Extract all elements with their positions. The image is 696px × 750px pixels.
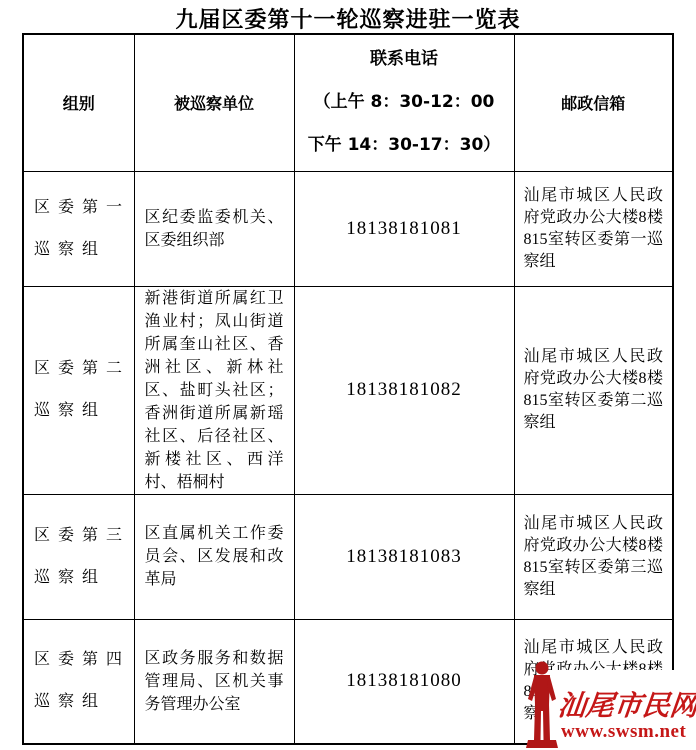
header-group: 组别: [23, 34, 134, 171]
row4-units-cell: 区政务服务和数据管理局、区机关事务管理办公室: [134, 619, 294, 744]
row2-units-cell: 新港街道所属红卫渔业村；凤山街道所属奎山社区、香洲社区、新林社区、盐町头社区；香…: [134, 286, 294, 494]
row2-group-line2: 巡察组: [34, 402, 106, 419]
row1-group-line2: 巡察组: [34, 241, 106, 258]
watermark-site-name: 汕尾市民网: [556, 684, 696, 724]
row1-phone-cell: 18138181081: [294, 171, 514, 286]
table-row: 区委第三 巡察组 区直属机关工作委员会、区发展和改革局 18138181083 …: [23, 494, 673, 619]
row3-units-cell: 区直属机关工作委员会、区发展和改革局: [134, 494, 294, 619]
watermark-url: www.swsm.net: [561, 721, 696, 743]
person-silhouette-icon: [523, 661, 561, 749]
table-row: 区委第二 巡察组 新港街道所属红卫渔业村；凤山街道所属奎山社区、香洲社区、新林社…: [23, 286, 673, 494]
inspection-table: 组别 被巡察单位 联系电话 （上午 8：30-12：00 下午 14：30-17…: [22, 33, 674, 745]
row1-units-cell: 区纪委监委机关、区委组织部: [134, 171, 294, 286]
header-phone-hours-am: （上午 8：30-12：00: [295, 81, 514, 124]
row1-group-line1: 区委第一: [34, 199, 130, 216]
header-unit: 被巡察单位: [134, 34, 294, 171]
row2-group-cell: 区委第二 巡察组: [23, 286, 134, 494]
row2-phone-cell: 18138181082: [294, 286, 514, 494]
header-phone: 联系电话 （上午 8：30-12：00 下午 14：30-17：30）: [294, 34, 514, 171]
row1-mailbox-cell: 汕尾市城区人民政府党政办公大楼8楼815室转区委第一巡察组: [514, 171, 673, 286]
row2-group-line1: 区委第二: [34, 360, 130, 377]
row2-mailbox-cell: 汕尾市城区人民政府党政办公大楼8楼815室转区委第二巡察组: [514, 286, 673, 494]
row3-group-line2: 巡察组: [34, 569, 106, 586]
page-title: 九届区委第十一轮巡察进驻一览表: [0, 3, 696, 34]
row1-group-cell: 区委第一 巡察组: [23, 171, 134, 286]
row3-group-cell: 区委第三 巡察组: [23, 494, 134, 619]
header-phone-title: 联系电话: [295, 38, 514, 81]
row4-group-cell: 区委第四 巡察组: [23, 619, 134, 744]
row4-phone-cell: 18138181080: [294, 619, 514, 744]
table-row: 区委第一 巡察组 区纪委监委机关、区委组织部 18138181081 汕尾市城区…: [23, 171, 673, 286]
row3-group-line1: 区委第三: [34, 527, 130, 544]
row4-group-line2: 巡察组: [34, 693, 106, 710]
table-header-row: 组别 被巡察单位 联系电话 （上午 8：30-12：00 下午 14：30-17…: [23, 34, 673, 171]
header-phone-hours-pm: 下午 14：30-17：30）: [295, 124, 514, 167]
row3-phone-cell: 18138181083: [294, 494, 514, 619]
row4-group-line1: 区委第四: [34, 651, 130, 668]
row3-mailbox-cell: 汕尾市城区人民政府党政办公大楼8楼815室转区委第三巡察组: [514, 494, 673, 619]
header-mailbox: 邮政信箱: [514, 34, 673, 171]
